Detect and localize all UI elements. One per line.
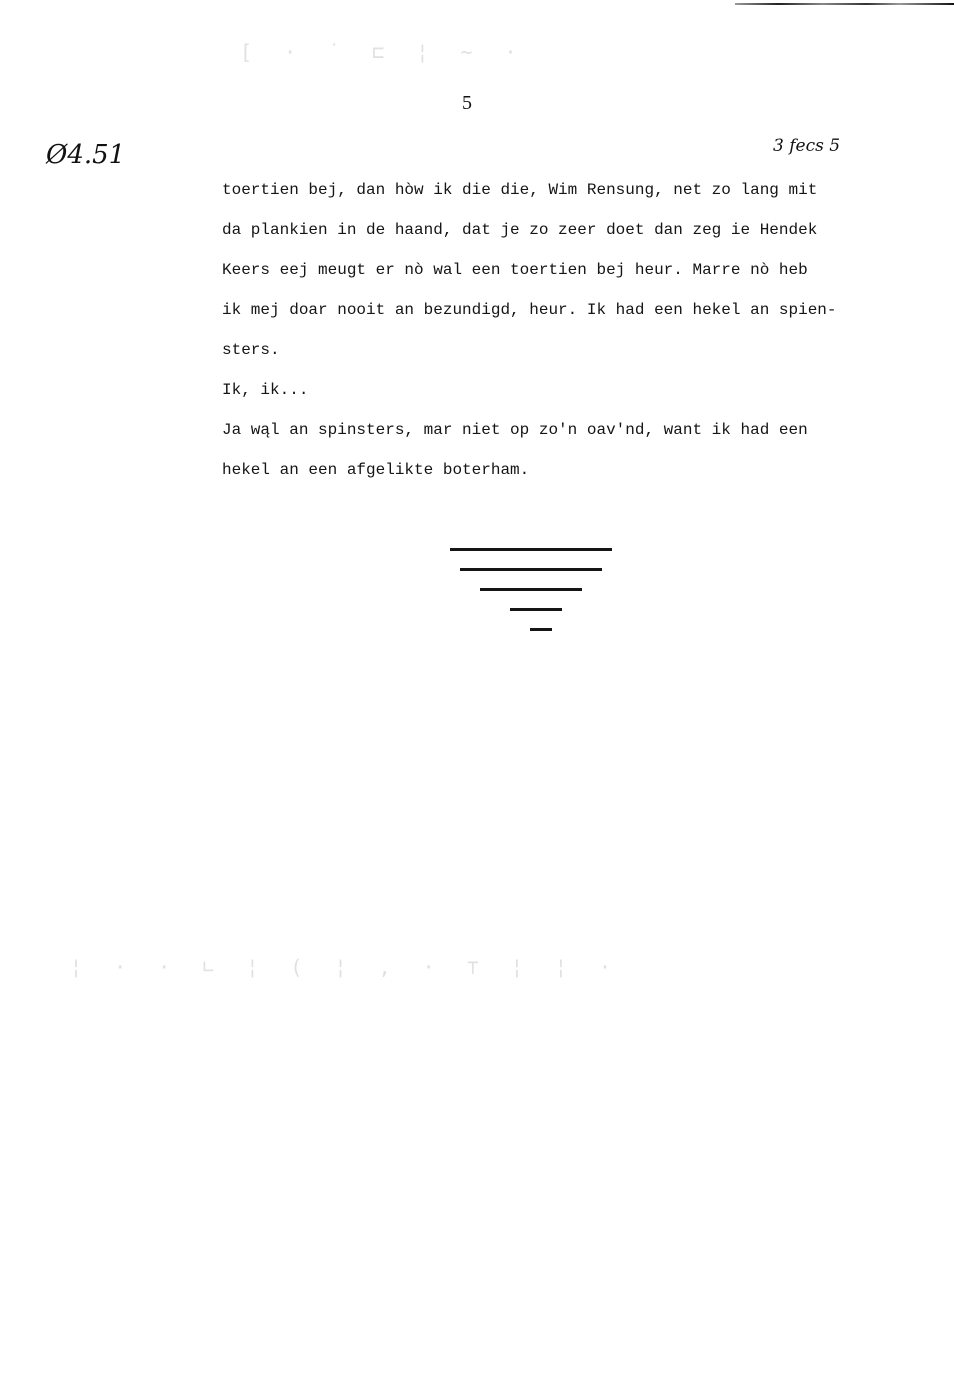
handwritten-margin-note: Ø4.51 <box>46 140 125 170</box>
ornament-rule <box>450 548 612 551</box>
text-line: sters. <box>222 330 882 370</box>
text-line: da plankien in de haand, dat je zo zeer … <box>222 210 882 250</box>
text-line: toertien bej, dan hòw ik die die, Wim Re… <box>222 170 882 210</box>
ornament-rule <box>460 568 602 571</box>
text-line: Ik, ik... <box>222 370 882 410</box>
ornament-rule <box>510 608 562 611</box>
scan-edge-rule <box>735 3 954 5</box>
bleed-through-artifact: ¦ · · ∟ ¦ ( ¦ , · ⊤ ¦ ¦ · <box>70 955 621 979</box>
text-line: ik mej doar nooit an bezundigd, heur. Ik… <box>222 290 882 330</box>
bleed-through-artifact: [ · ˙ ⊏ ¦ ~ · <box>240 40 527 64</box>
typed-body-text: toertien bej, dan hòw ik die die, Wim Re… <box>222 170 882 490</box>
ornament-rule <box>530 628 552 631</box>
document-page: [ · ˙ ⊏ ¦ ~ · ¦ · · ∟ ¦ ( ¦ , · ⊤ ¦ ¦ · … <box>0 0 954 1374</box>
text-line: Ja wąl an spinsters, mar niet op zo'n oa… <box>222 410 882 450</box>
text-line: Keers eej meugt er nò wal een toertien b… <box>222 250 882 290</box>
page-number: 5 <box>462 92 472 115</box>
ornament-rule <box>480 588 582 591</box>
handwritten-annotation: 3 fecs 5 <box>773 136 840 156</box>
text-line: hekel an een afgelikte boterham. <box>222 450 882 490</box>
